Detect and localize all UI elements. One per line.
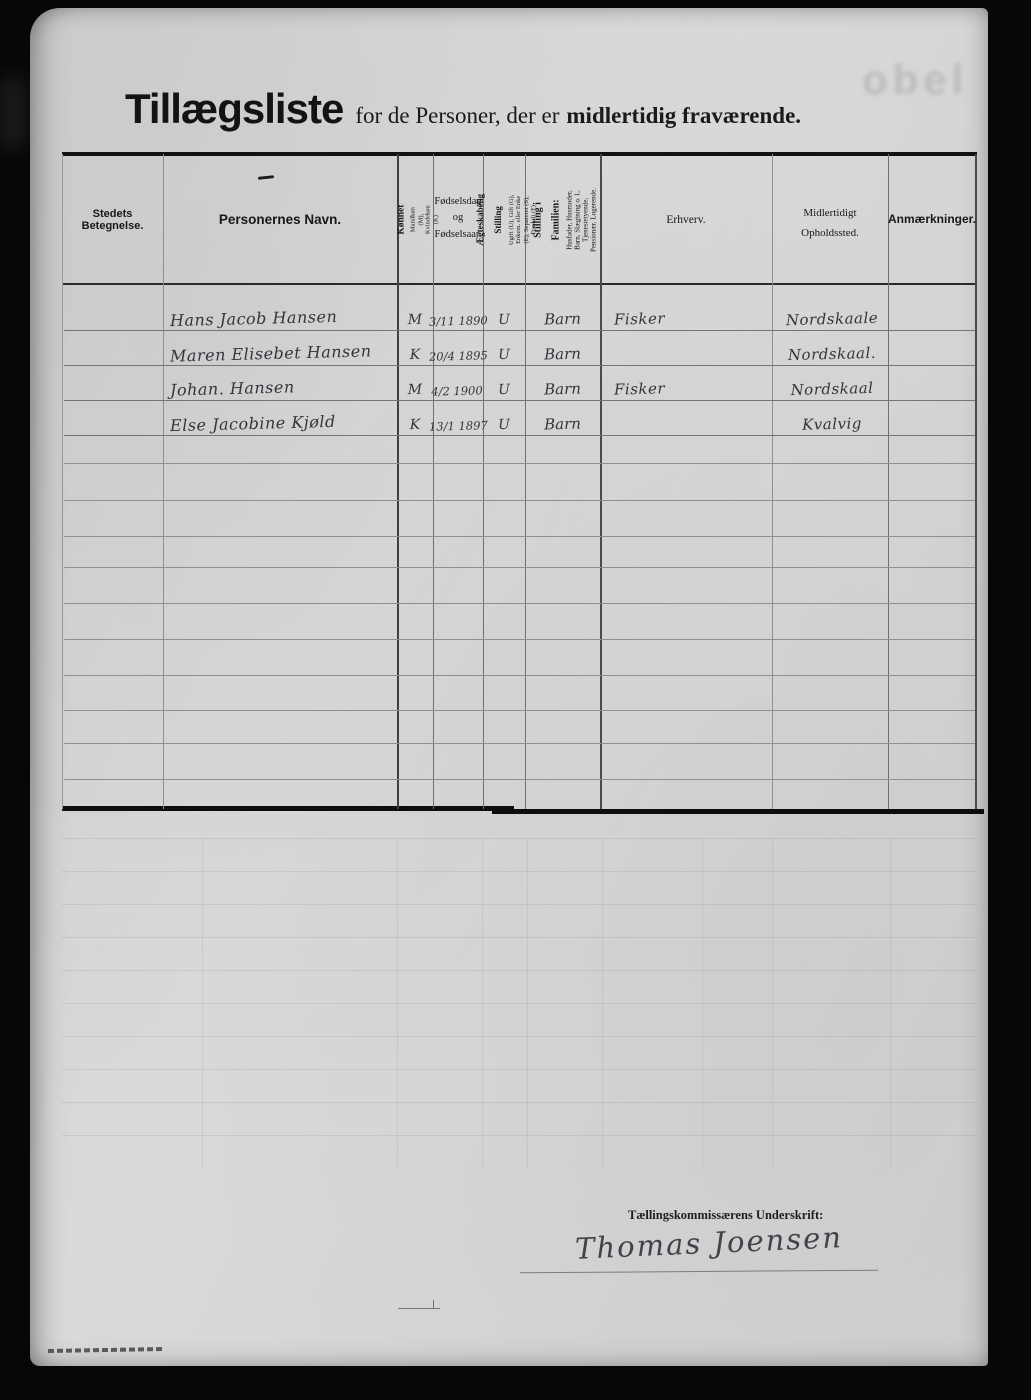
row-line (64, 330, 975, 331)
cell-navn: Johan. Hansen (170, 377, 295, 399)
header-konnet: Kønnet Mandkøn (M), Kvindekøn (K) (397, 156, 433, 283)
document-title-row: Tillægsliste for de Personer, der er mid… (125, 88, 801, 130)
row-line (64, 536, 975, 537)
bleedthrough-line (890, 838, 891, 1168)
cell-aegtestand: U (483, 346, 525, 363)
row-line (64, 779, 975, 780)
table-bottom-border (62, 806, 514, 811)
row-line (64, 567, 975, 568)
cell-familiestilling: Barn (525, 379, 600, 399)
census-table: Stedets Betegnelse. Personernes Navn. Kø… (62, 152, 977, 813)
bleedthrough-grid (62, 838, 977, 1168)
row-line (64, 639, 975, 640)
bleedthrough-line (397, 838, 398, 1168)
page-subtitle: for de Personer, der er (355, 103, 559, 129)
cell-erhverv: Fisker (614, 379, 666, 398)
bleedthrough-line (482, 838, 483, 1168)
signature-line (520, 1270, 878, 1273)
bleedthrough-line (772, 838, 773, 1168)
row-line (64, 710, 975, 711)
table-header-rule (62, 283, 977, 285)
table-bottom-border (492, 809, 984, 814)
header-erhverv: Erhverv. (600, 156, 772, 283)
row-line (64, 400, 975, 401)
header-midlertidigt-opholdssted: Midlertidigt Opholdssted. (772, 156, 888, 283)
header-stedets-betegnelse: Stedets Betegnelse. (62, 156, 163, 283)
page-title: Tillægsliste (125, 88, 343, 130)
cell-opholdssted: Nordskaale (776, 309, 888, 330)
bleedthrough-line (202, 838, 203, 1168)
cell-fodselsdato: 3/11 1890 (429, 313, 485, 328)
cell-familiestilling: Barn (525, 414, 600, 434)
bleedthrough-text: obel (862, 56, 968, 104)
table-row: Maren Elisebet Hansen K 20/4 1895 U Barn… (62, 335, 975, 365)
page-subtitle-bold: midlertidig fraværende. (566, 103, 801, 129)
cell-aegtestand: U (483, 381, 525, 398)
pen-dash-mark (258, 175, 274, 180)
cell-navn: Else Jacobine Kjøld (170, 412, 336, 435)
cell-familiestilling: Barn (525, 344, 600, 364)
cell-kon: M (397, 312, 433, 329)
cell-fodselsdato: 20/4 1895 (429, 348, 485, 363)
header-stilling-i-familien: Stilling i Familien: Husfader, Husmoder,… (525, 156, 600, 283)
bleedthrough-line (527, 838, 528, 1168)
cell-navn: Hans Jacob Hansen (170, 307, 338, 330)
scan-background: obel Tillægsliste for de Personer, der e… (0, 0, 1031, 1400)
cell-opholdssted: Nordskaal (776, 379, 888, 400)
table-row: Johan. Hansen M 4/2 1900 U Barn Fisker N… (62, 370, 975, 400)
cell-kon: K (397, 417, 433, 434)
cell-kon: M (397, 382, 433, 399)
row-line (64, 500, 975, 501)
bleedthrough-line (702, 838, 703, 1168)
table-row: Hans Jacob Hansen M 3/11 1890 U Barn Fis… (62, 300, 975, 330)
table-right-border (975, 154, 977, 809)
header-anmaerkninger: Anmærkninger. (888, 156, 975, 283)
cell-aegtestand: U (483, 311, 525, 328)
header-aegteskabelig-stilling: Ægteskabelig Stilling Ugift (U), Gift (G… (483, 156, 525, 283)
row-line (64, 743, 975, 744)
table-row: Else Jacobine Kjøld K 13/1 1897 U Barn K… (62, 405, 975, 435)
pen-mark (398, 1308, 440, 1309)
cell-kon: K (397, 347, 433, 364)
cell-fodselsdato: 4/2 1900 (429, 383, 485, 398)
cell-opholdssted: Nordskaal. (776, 344, 888, 365)
cell-familiestilling: Barn (525, 309, 600, 329)
signature-label: Tællingskommissærens Underskrift: (628, 1208, 823, 1223)
row-line (64, 463, 975, 464)
cell-navn: Maren Elisebet Hansen (170, 341, 372, 365)
cell-erhverv: Fisker (614, 309, 666, 328)
signature-handwriting: Thomas Joensen (574, 1220, 843, 1266)
row-line (64, 365, 975, 366)
scan-edge-smudge (0, 78, 26, 148)
cell-opholdssted: Kvalvig (776, 414, 888, 435)
bleedthrough-line (602, 838, 603, 1168)
printer-imprint (48, 1347, 163, 1353)
header-personernes-navn: Personernes Navn. (163, 156, 397, 283)
cell-aegtestand: U (483, 416, 525, 433)
cell-fodselsdato: 13/1 1897 (429, 418, 485, 433)
row-line (64, 603, 975, 604)
row-line (64, 675, 975, 676)
row-line (64, 435, 975, 436)
form-page: obel Tillægsliste for de Personer, der e… (30, 8, 988, 1366)
